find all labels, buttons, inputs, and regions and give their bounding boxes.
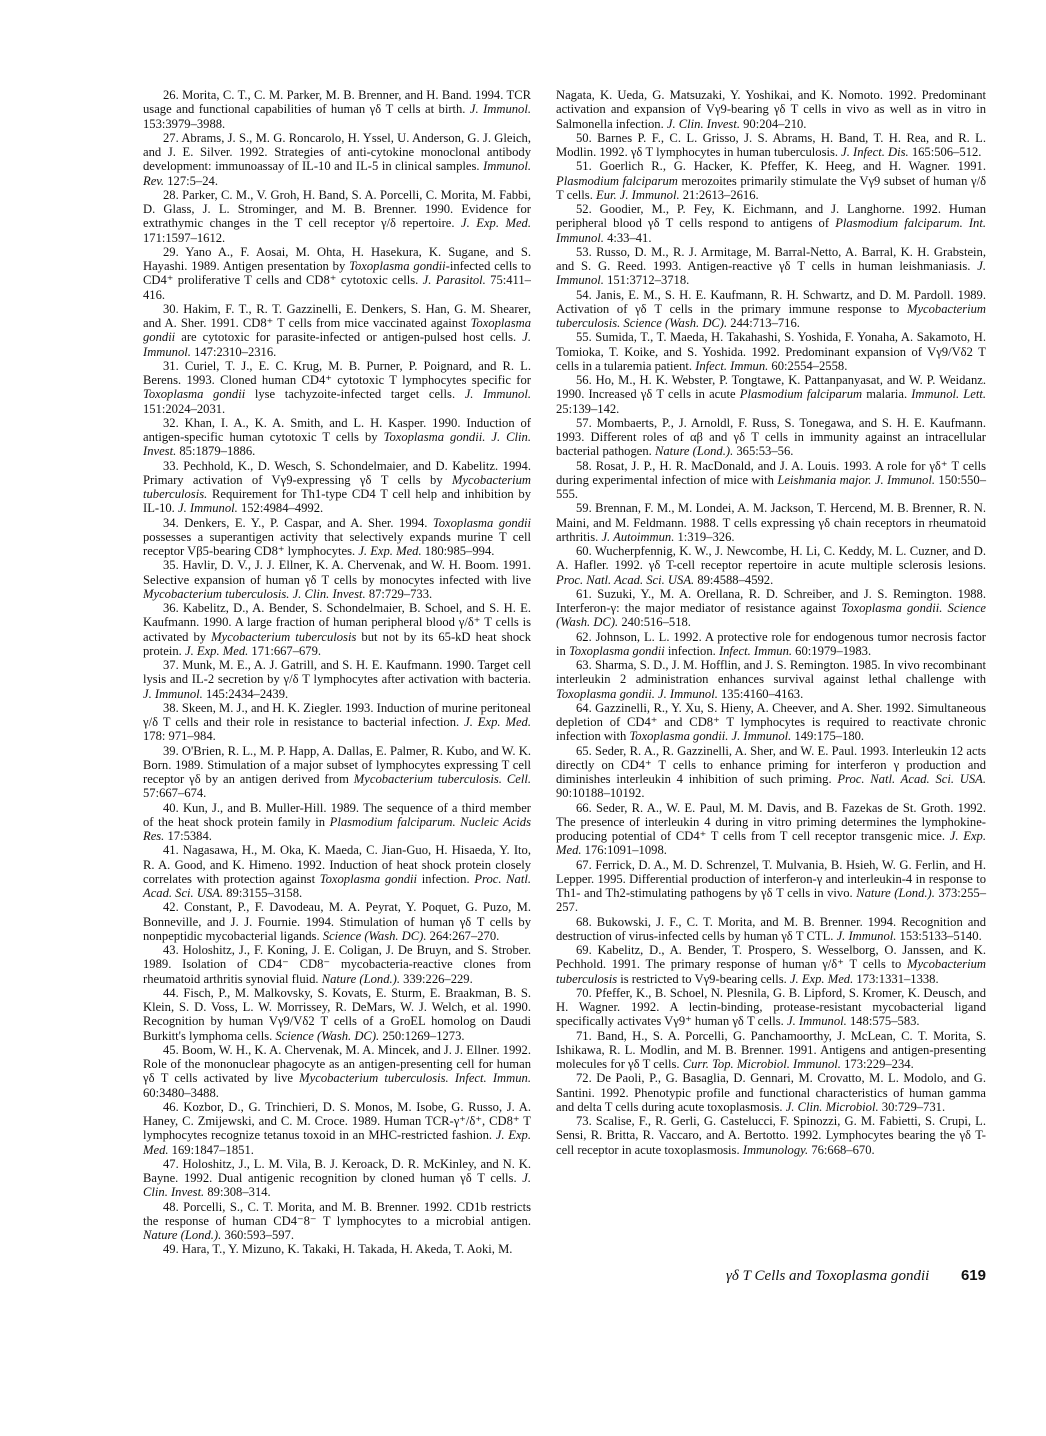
reference-text: 250:1269–1273. [379, 1029, 464, 1043]
reference-entry: 32. Khan, I. A., K. A. Smith, and L. H. … [143, 416, 531, 459]
reference-entry: 42. Constant, P., F. Davodeau, M. A. Pey… [143, 900, 531, 943]
reference-text: 360:593–597. [221, 1228, 294, 1242]
reference-text: 53. Russo, D. M., R. J. Armitage, M. Bar… [556, 245, 986, 273]
reference-text: 151:3712–3718. [604, 273, 689, 287]
reference-entry: 67. Ferrick, D. A., M. D. Schrenzel, T. … [556, 858, 986, 915]
reference-text: 89:3155–3158. [223, 886, 302, 900]
reference-italic-text: J. Immunol. [470, 102, 531, 116]
reference-text: 89:308–314. [204, 1185, 270, 1199]
reference-text: 180:985–994. [422, 544, 495, 558]
reference-text: 46. Kozbor, D., G. Trinchieri, D. S. Mon… [143, 1100, 531, 1143]
reference-text: 37. Munk, M. E., A. J. Gatrill, and S. H… [143, 658, 531, 686]
reference-italic-text: Toxoplasma gondii [320, 872, 417, 886]
reference-entry: 51. Goerlich R., G. Hacker, K. Pfeffer, … [556, 159, 986, 202]
reference-text: 4:33–41. [604, 231, 652, 245]
reference-italic-text: Eur. J. Immunol. [596, 188, 680, 202]
reference-italic-text: Infect. Immun. [695, 359, 768, 373]
reference-text: 66. Seder, R. A., W. E. Paul, M. M. Davi… [556, 801, 986, 844]
reference-text: 57:667–674. [143, 786, 206, 800]
reference-italic-text: J. Clin. Microbiol. [786, 1100, 879, 1114]
reference-text: 149:175–180. [791, 729, 864, 743]
reference-text: 51. Goerlich R., G. Hacker, K. Pfeffer, … [576, 159, 986, 173]
reference-text: 70. Pfeffer, K., B. Schoel, N. Plesnila,… [556, 986, 986, 1029]
reference-italic-text: J. Infect. Dis. [841, 145, 909, 159]
reference-text: 34. Denkers, E. Y., P. Caspar, and A. Sh… [163, 516, 433, 530]
reference-text: 63. Sharma, S. D., J. M. Hofflin, and J.… [556, 658, 986, 686]
reference-italic-text: Toxoplasma gondii. J. Immunol. [556, 687, 718, 701]
reference-entry: 29. Yano A., F. Aosai, M. Ohta, H. Hasek… [143, 245, 531, 302]
reference-text: infection. [417, 872, 474, 886]
reference-italic-text: Science (Wash. DC). [275, 1029, 379, 1043]
reference-text: 135:4160–4163. [718, 687, 803, 701]
reference-entry: 26. Morita, C. T., C. M. Parker, M. B. B… [143, 88, 531, 131]
reference-continuation: Nagata, K. Ueda, G. Matsuzaki, Y. Yoshik… [556, 88, 986, 131]
reference-text: 1:319–326. [674, 530, 734, 544]
reference-text: is restricted to Vγ9-bearing cells. [617, 972, 790, 986]
reference-italic-text: Myco­bacterium tuberculosis. J. Clin. In… [143, 587, 366, 601]
reference-text: 152:4984–4992. [238, 501, 323, 515]
reference-text: 171:1597–1612. [143, 231, 225, 245]
reference-text: are cytotoxic for parasite-infected or a… [175, 330, 522, 344]
reference-text: 127:5–24. [164, 174, 218, 188]
reference-text: 244:713–716. [727, 316, 800, 330]
reference-entry: 62. Johnson, L. L. 1992. A protective ro… [556, 630, 986, 659]
reference-text: 169:1847–1851. [169, 1143, 254, 1157]
reference-text: 145:2434–2439. [203, 687, 288, 701]
reference-italic-text: J. Immunol. [178, 501, 238, 515]
reference-entry: 41. Nagasawa, H., M. Oka, K. Maeda, C. J… [143, 843, 531, 900]
reference-text: 171:667–679. [248, 644, 321, 658]
reference-italic-text: J. Immunol. [837, 929, 897, 943]
reference-text: 153:5133–5140. [896, 929, 981, 943]
reference-entry: 54. Janis, E. M., S. H. E. Kaufmann, R. … [556, 288, 986, 331]
reference-text: 90:10188–10192. [556, 786, 645, 800]
reference-entry: 49. Hara, T., Y. Mizuno, K. Takaki, H. T… [143, 1242, 531, 1256]
reference-italic-text: J. Immu­nol. [143, 687, 203, 701]
reference-text: 147:2310–2316. [191, 345, 276, 359]
reference-text: 48. Porcelli, S., C. T. Morita, and M. B… [143, 1200, 531, 1228]
reference-text: lyse tachyzoite-infected target cells. [245, 387, 465, 401]
reference-entry: 64. Gazzinelli, R., Y. Xu, S. Hieny, A. … [556, 701, 986, 744]
reference-entry: 65. Seder, R. A., R. Gazzinelli, A. Sher… [556, 744, 986, 801]
reference-entry: 52. Goodier, M., P. Fey, K. Eichmann, an… [556, 202, 986, 245]
reference-italic-text: J. Exp. Med. [464, 715, 531, 729]
reference-entry: 28. Parker, C. M., V. Groh, H. Band, S. … [143, 188, 531, 245]
reference-entry: 46. Kozbor, D., G. Trinchieri, D. S. Mon… [143, 1100, 531, 1157]
reference-italic-text: J. Clin. Invest. [667, 117, 740, 131]
reference-text: 17:5384. [164, 829, 212, 843]
reference-text: 89:4588–4592. [694, 573, 773, 587]
reference-italic-text: J. Immunol. [787, 1014, 847, 1028]
reference-text: 176:1091–1098. [582, 843, 667, 857]
reference-text: 35. Havlir, D. V., J. J. Ellner, K. A. C… [143, 558, 531, 586]
reference-text: 60:2554–2558. [768, 359, 847, 373]
reference-text: 76:668–670. [808, 1143, 874, 1157]
reference-text: 21:2613–2616. [680, 188, 759, 202]
reference-text: 173:229–234. [841, 1057, 914, 1071]
reference-italic-text: Mycobacterium tuberculosis [211, 630, 356, 644]
reference-entry: 37. Munk, M. E., A. J. Gatrill, and S. H… [143, 658, 531, 701]
reference-text: 90:204–210. [740, 117, 806, 131]
reference-entry: 57. Mombaerts, P., J. Arnoldl, F. Russ, … [556, 416, 986, 459]
reference-entry: 45. Boom, W. H., K. A. Chervenak, M. A. … [143, 1043, 531, 1100]
reference-italic-text: Science (Wash. DC). [323, 929, 427, 943]
reference-text: 264:267–270. [427, 929, 500, 943]
document-page: 26. Morita, C. T., C. M. Parker, M. B. B… [0, 0, 1046, 1436]
reference-entry: 61. Suzuki, Y., M. A. Orellana, R. D. Sc… [556, 587, 986, 630]
reference-entry: 38. Skeen, M. J., and H. K. Ziegler. 199… [143, 701, 531, 744]
reference-text: 60:3480–3488. [143, 1086, 219, 1100]
reference-entry: 30. Hakim, F. T., R. T. Gazzinelli, E. D… [143, 302, 531, 359]
reference-entry: 44. Fisch, P., M. Malkovsky, S. Kovats, … [143, 986, 531, 1043]
reference-italic-text: J. Immunol. [465, 387, 531, 401]
reference-entry: 58. Rosat, J. P., H. R. MacDonald, and J… [556, 459, 986, 502]
reference-entry: 71. Band, H., S. A. Porcelli, G. Pancham… [556, 1029, 986, 1072]
reference-italic-text: Mycobacterium tuberculosis. Cell. [354, 772, 531, 786]
reference-text: 339:226–229. [400, 972, 473, 986]
reference-entry: 59. Brennan, F. M., M. Londei, A. M. Jac… [556, 501, 986, 544]
reference-italic-text: J. Autoimmun. [601, 530, 674, 544]
reference-entry: 63. Sharma, S. D., J. M. Hofflin, and J.… [556, 658, 986, 701]
page-number: 619 [961, 1267, 986, 1284]
reference-text: 173:1331–1338. [853, 972, 938, 986]
reference-italic-text: Proc. Natl. Acad. Sci. USA. [837, 772, 986, 786]
reference-text: malaria. [862, 387, 911, 401]
reference-text: 153:3979–3988. [143, 117, 225, 131]
reference-text: 365:53–56. [733, 444, 793, 458]
reference-entry: 34. Denkers, E. Y., P. Caspar, and A. Sh… [143, 516, 531, 559]
reference-italic-text: Nature (Lond.). [322, 972, 400, 986]
reference-italic-text: J. Exp. Med. [790, 972, 853, 986]
running-title: γδ T Cells and Toxoplasma gondii [726, 1268, 929, 1285]
reference-italic-text: Nature (Lond.). [143, 1228, 221, 1242]
references-column-right: Nagata, K. Ueda, G. Matsuzaki, Y. Yoshik… [556, 88, 986, 1157]
reference-text: 25:139–142. [556, 402, 619, 416]
reference-entry: 36. Kabelitz, D., A. Bender, S. Schondel… [143, 601, 531, 658]
reference-italic-text: Immunol. Lett. [911, 387, 986, 401]
reference-italic-text: Leishmania major. J. Immunol. [777, 473, 935, 487]
reference-italic-text: J. Parasitol. [423, 273, 486, 287]
reference-entry: 69. Kabelitz, D., A. Bender, T. Prospero… [556, 943, 986, 986]
reference-entry: 40. Kun, J., and B. Muller-Hill. 1989. T… [143, 801, 531, 844]
reference-text: 148:575–583. [847, 1014, 920, 1028]
reference-italic-text: J. Exp. Med. [358, 544, 421, 558]
reference-italic-text: Plasmodium falciparum [556, 174, 678, 188]
reference-entry: 55. Sumida, T., T. Maeda, H. Takahashi, … [556, 330, 986, 373]
reference-italic-text: Toxoplasma gondii [433, 516, 531, 530]
reference-entry: 35. Havlir, D. V., J. J. Ellner, K. A. C… [143, 558, 531, 601]
reference-entry: 31. Curiel, T. J., E. C. Krug, M. B. Pur… [143, 359, 531, 416]
reference-italic-text: Curr. Top. Microbiol. Immunol. [683, 1057, 841, 1071]
reference-text: 30:729–731. [879, 1100, 945, 1114]
reference-entry: 70. Pfeffer, K., B. Schoel, N. Plesnila,… [556, 986, 986, 1029]
reference-italic-text: J. Exp. Med. [185, 644, 248, 658]
reference-entry: 48. Porcelli, S., C. T. Morita, and M. B… [143, 1200, 531, 1243]
reference-entry: 56. Ho, M., H. K. Webster, P. Tongtawe, … [556, 373, 986, 416]
reference-text: 31. Curiel, T. J., E. C. Krug, M. B. Pur… [143, 359, 531, 387]
reference-entry: 72. De Paoli, P., G. Basaglia, D. Gennar… [556, 1071, 986, 1114]
reference-italic-text: Infect. Immun. [719, 644, 792, 658]
reference-italic-text: Mycobacterium tuberculosis. Infect. Immu… [299, 1071, 531, 1085]
reference-italic-text: Immunology. [743, 1143, 808, 1157]
reference-entry: 43. Holoshitz, J., F. Koning, J. E. Coli… [143, 943, 531, 986]
reference-entry: 39. O'Brien, R. L., M. P. Happ, A. Dalla… [143, 744, 531, 801]
reference-entry: 53. Russo, D. M., R. J. Armitage, M. Bar… [556, 245, 986, 288]
reference-text: 151:2024–2031. [143, 402, 225, 416]
reference-text: 87:729–733. [366, 587, 432, 601]
reference-italic-text: Toxoplasma gondii [143, 387, 245, 401]
reference-entry: 68. Bukowski, J. F., C. T. Morita, and M… [556, 915, 986, 944]
reference-italic-text: Toxoplasma gondii. J. Immunol. [629, 729, 791, 743]
reference-italic-text: Plasmodium falciparum [740, 387, 862, 401]
page-footer: γδ T Cells and Toxoplasma gondii 619 [726, 1267, 986, 1285]
reference-text: 47. Holoshitz, J., L. M. Vila, B. J. Ker… [143, 1157, 531, 1185]
reference-entry: 27. Abrams, J. S., M. G. Roncarolo, H. Y… [143, 131, 531, 188]
reference-italic-text: Nature (Lond.). [655, 444, 733, 458]
reference-text: 27. Abrams, J. S., M. G. Roncarolo, H. Y… [143, 131, 531, 174]
reference-italic-text: Toxoplasma gondii [349, 259, 445, 273]
reference-entry: 33. Pechhold, K., D. Wesch, S. Schondelm… [143, 459, 531, 516]
reference-text: 60:1979–1983. [792, 644, 871, 658]
reference-text: 240:516–518. [618, 615, 691, 629]
references-column-left: 26. Morita, C. T., C. M. Parker, M. B. B… [143, 88, 531, 1257]
reference-entry: 66. Seder, R. A., W. E. Paul, M. M. Davi… [556, 801, 986, 858]
reference-text: infection. [665, 644, 719, 658]
reference-italic-text: Proc. Natl. Acad. Sci. USA. [556, 573, 694, 587]
reference-entry: 47. Holoshitz, J., L. M. Vila, B. J. Ker… [143, 1157, 531, 1200]
reference-italic-text: Toxoplasma gondii [569, 644, 665, 658]
reference-text: 85:1879–1886. [176, 444, 255, 458]
reference-entry: 60. Wucherpfennig, K. W., J. Newcombe, H… [556, 544, 986, 587]
reference-entry: 50. Barnes P. F., C. L. Grisso, J. S. Ab… [556, 131, 986, 160]
reference-entry: 73. Scalise, F., R. Gerli, G. Castelucci… [556, 1114, 986, 1157]
reference-text: 60. Wucherpfennig, K. W., J. Newcombe, H… [556, 544, 986, 572]
reference-text: 178: 971–984. [143, 729, 216, 743]
reference-text: 165:506–512. [909, 145, 982, 159]
reference-text: 49. Hara, T., Y. Mizuno, K. Takaki, H. T… [163, 1242, 512, 1256]
reference-italic-text: J. Exp. Med. [461, 216, 531, 230]
reference-italic-text: Nature (Lond.). [856, 886, 935, 900]
